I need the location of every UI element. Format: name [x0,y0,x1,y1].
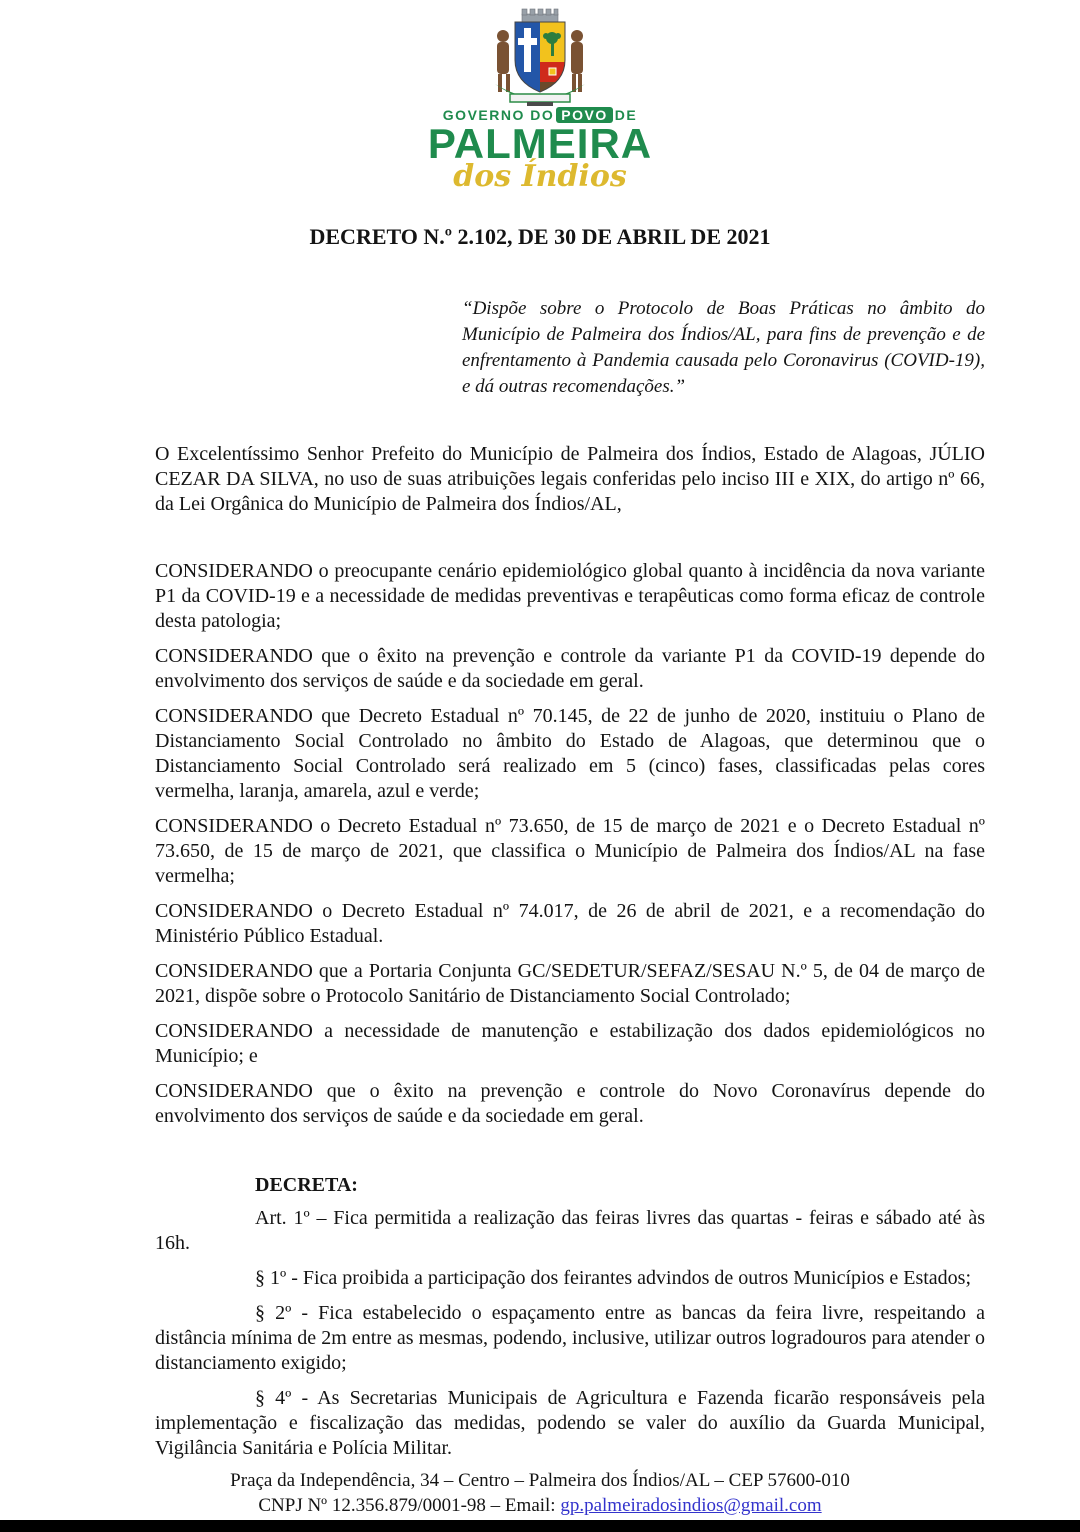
article-paragraph: Art. 1º – Fica permitida a realização da… [155,1206,985,1256]
decree-summary: “Dispõe sobre o Protocolo de Boas Prátic… [462,296,985,400]
bottom-black-bar [0,1520,1080,1532]
considerando-paragraph: CONSIDERANDO o Decreto Estadual nº 74.01… [155,899,985,949]
footer-email-link[interactable]: gp.palmeiradosindios@gmail.com [560,1495,821,1516]
considerando-paragraph: CONSIDERANDO que o êxito na prevenção e … [155,1079,985,1129]
footer-address: Praça da Independência, 34 – Centro – Pa… [0,1468,1080,1493]
considerando-section: CONSIDERANDO o preocupante cenário epide… [155,559,985,1129]
preamble-paragraph: O Excelentíssimo Senhor Prefeito do Muni… [155,442,985,517]
article-paragraph: § 4º - As Secretarias Municipais de Agri… [155,1386,985,1461]
footer-cnpj-line: CNPJ Nº 12.356.879/0001-98 – Email: gp.p… [0,1493,1080,1518]
considerando-paragraph: CONSIDERANDO o Decreto Estadual nº 73.65… [155,814,985,889]
document-footer: Praça da Independência, 34 – Centro – Pa… [0,1468,1080,1518]
considerando-paragraph: CONSIDERANDO que o êxito na prevenção e … [155,644,985,694]
considerando-paragraph: CONSIDERANDO o preocupante cenário epide… [155,559,985,634]
decree-document-page: GOVERNO DOPOVODE PALMEIRA dos Índios DEC… [0,0,1080,1532]
municipal-logo: GOVERNO DOPOVODE PALMEIRA dos Índios [0,0,1080,190]
considerando-paragraph: CONSIDERANDO que a Portaria Conjunta GC/… [155,959,985,1009]
articles-section: Art. 1º – Fica permitida a realização da… [155,1206,985,1461]
brand-wordmark: GOVERNO DOPOVODE PALMEIRA dos Índios [0,108,1080,190]
considerando-paragraph: CONSIDERANDO a necessidade de manutenção… [155,1019,985,1069]
article-paragraph: § 2º - Fica estabelecido o espaçamento e… [155,1301,985,1376]
brand-dos-indios: dos Índios [0,163,1080,190]
coat-of-arms-icon [465,8,615,108]
considerando-paragraph: CONSIDERANDO que Decreto Estadual nº 70.… [155,704,985,804]
article-paragraph: § 1º - Fica proibida a participação dos … [155,1266,985,1291]
footer-cnpj-text: CNPJ Nº 12.356.879/0001-98 – Email: [258,1495,560,1516]
decreta-heading: DECRETA: [155,1173,985,1198]
decree-title: DECRETO N.º 2.102, DE 30 DE ABRIL DE 202… [0,224,1080,250]
